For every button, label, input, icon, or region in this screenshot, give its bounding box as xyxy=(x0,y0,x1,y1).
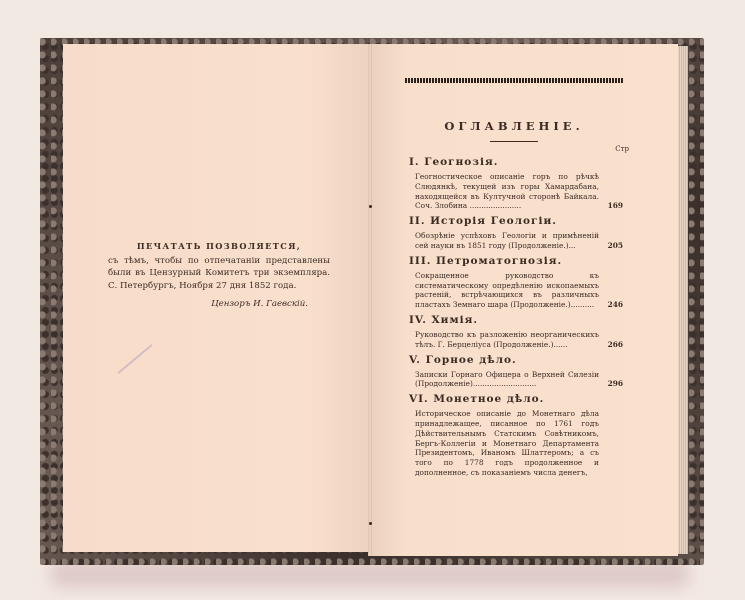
section-heading: I. Геогнозія. xyxy=(409,156,623,168)
section-heading: V. Горное дѣло. xyxy=(409,354,623,366)
toc-entry: Обозрѣніе успѣховъ Геологіи и примѣненій… xyxy=(405,231,623,251)
toc-section: IV. Химія.Руководство къ разложенію неор… xyxy=(405,314,623,350)
entry-text: Обозрѣніе успѣховъ Геологіи и примѣненій… xyxy=(415,231,605,251)
toc-section: II. Исторія Геологіи.Обозрѣніе успѣховъ … xyxy=(405,215,623,251)
toc-entry: Записки Горнаго Офицера о Верхней Силезі… xyxy=(405,370,623,390)
toc-section: V. Горное дѣло.Записки Горнаго Офицера о… xyxy=(405,354,623,390)
toc-section: VI. Монетное дѣло.Историческое описаніе … xyxy=(405,393,623,478)
table-of-contents: ОГЛАВЛЕНІЕ. Стр I. Геогнозія.Геогностиче… xyxy=(405,78,623,482)
toc-section: III. Петроматогнозія.Сокращенное руковод… xyxy=(405,255,623,310)
section-heading: III. Петроматогнозія. xyxy=(409,255,623,267)
page-column-label: Стр xyxy=(405,145,629,153)
entry-page-number: 266 xyxy=(605,340,623,350)
page-edges xyxy=(678,46,688,554)
entry-text: Руководство къ разложенію неорганических… xyxy=(415,330,605,350)
toc-entry: Историческое описаніе до Монетнаго дѣла … xyxy=(405,409,623,478)
binding-hole xyxy=(369,205,372,208)
entry-page-number: 169 xyxy=(605,201,623,211)
title-underline xyxy=(490,141,538,142)
entry-text: Историческое описаніе до Монетнаго дѣла … xyxy=(415,409,605,478)
book-gutter xyxy=(368,44,372,556)
entry-text: Геогностическое описаніе горъ по рѣчкѣ С… xyxy=(415,172,605,211)
ornamental-rule xyxy=(405,78,623,83)
section-heading: II. Исторія Геологіи. xyxy=(409,215,623,227)
toc-title: ОГЛАВЛЕНІЕ. xyxy=(405,119,623,133)
entry-page-number: 246 xyxy=(605,300,623,310)
toc-entry: Руководство къ разложенію неорганических… xyxy=(405,330,623,350)
entry-page-number: 296 xyxy=(605,379,623,389)
censor-signature: Цензоръ И. Гаевскій. xyxy=(108,298,330,311)
section-heading: IV. Химія. xyxy=(409,314,623,326)
entry-text: Сокращенное руководство къ систематическ… xyxy=(415,271,605,310)
toc-entry: Геогностическое описаніе горъ по рѣчкѣ С… xyxy=(405,172,623,211)
censorship-imprint: ПЕЧАТАТЬ ПОЗВОЛЯЕТСЯ, съ тѣмъ, чтобы по … xyxy=(108,240,330,311)
imprint-text: съ тѣмъ, чтобы по отпечатаніи представле… xyxy=(108,255,330,293)
entry-text: Записки Горнаго Офицера о Верхней Силезі… xyxy=(415,370,605,390)
section-heading: VI. Монетное дѣло. xyxy=(409,393,623,405)
binding-hole xyxy=(369,522,372,525)
entry-page-number: 205 xyxy=(605,241,623,251)
toc-section: I. Геогнозія.Геогностическое описаніе го… xyxy=(405,156,623,211)
toc-entry: Сокращенное руководство къ систематическ… xyxy=(405,271,623,310)
imprint-heading: ПЕЧАТАТЬ ПОЗВОЛЯЕТСЯ, xyxy=(108,240,330,253)
